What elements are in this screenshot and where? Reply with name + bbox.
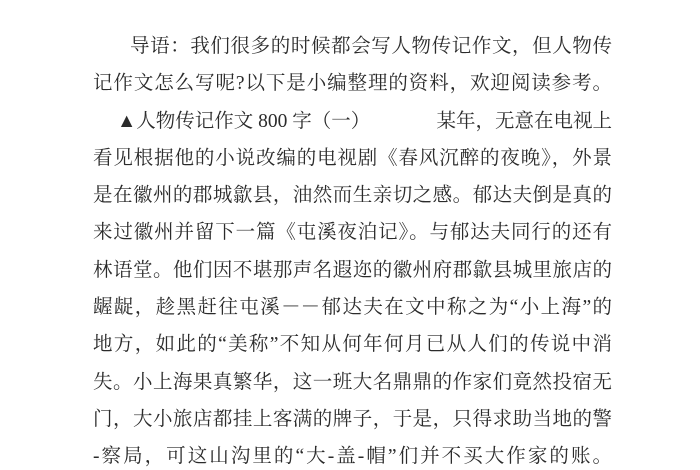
text-line-body-3: 来过徽州并留下一篇《屯溪夜泊记》。与郁达夫同行的还有 (93, 214, 612, 251)
text-line-body-2: 是在徽州的郡城歙县，油然而生亲切之感。郁达夫倒是真的 (93, 177, 612, 214)
text-line-intro-1: 导语：我们很多的时候都会写人物传记作文，但人物传 (93, 28, 612, 65)
text-line-body-6: 地方，如此的“美称”不知从何年何月已从人们的传说中消 (93, 326, 612, 363)
text-line-body-9: -察局，可这山沟里的“大-盖-帽”们并不买大作家的账。 (93, 438, 612, 470)
heading-line: ▲人物传记作文 800 字（一） 某年，无意在电视上 (93, 103, 612, 140)
text-line-body-8: 门，大小旅店都挂上客满的牌子，于是，只得求助当地的警 (93, 401, 612, 438)
text-line-body-7: 失。小上海果真繁华，这一班大名鼎鼎的作家们竟然投宿无 (93, 364, 612, 401)
document-page: 导语：我们很多的时候都会写人物传记作文，但人物传 记作文怎么写呢?以下是小编整理… (93, 28, 612, 470)
heading-line-continuation: 某年，无意在电视上 (436, 103, 612, 140)
text-line-intro-2: 记作文怎么写呢?以下是小编整理的资料，欢迎阅读参考。 (93, 65, 612, 102)
text-line-body-4: 林语堂。他们因不堪那声名遐迩的徽州府郡歙县城里旅店的 (93, 252, 612, 289)
section-heading: ▲人物传记作文 800 字（一） (117, 103, 370, 140)
text-line-body-1: 看见根据他的小说改编的电视剧《春风沉醉的夜晚》，外景 (93, 140, 612, 177)
text-line-body-5: 龌龊，趁黑赶往屯溪－－郁达夫在文中称之为“小上海”的 (93, 289, 612, 326)
